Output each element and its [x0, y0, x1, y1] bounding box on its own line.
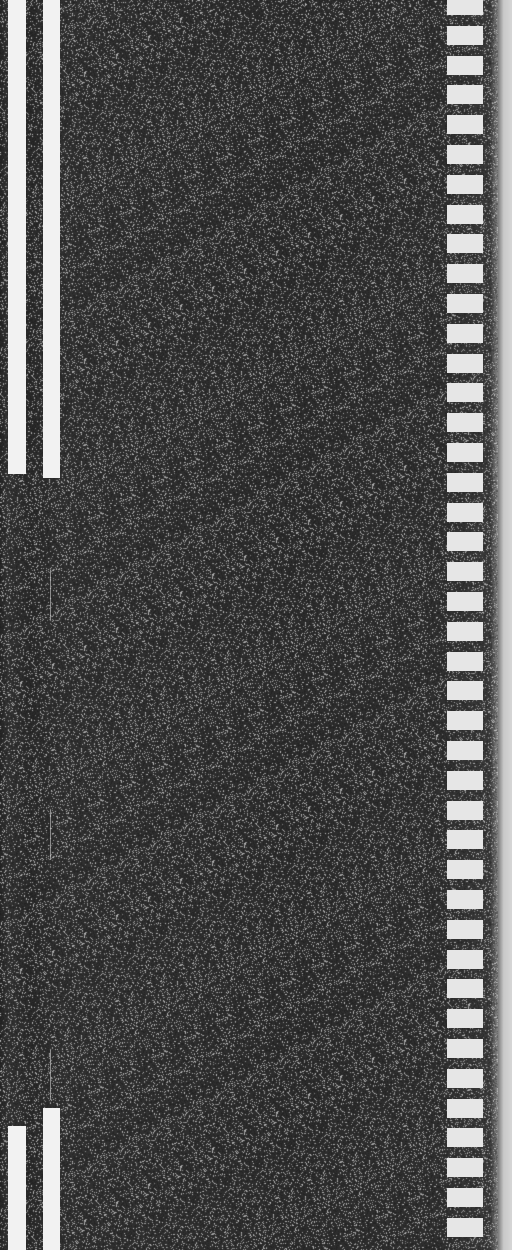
edge-block: [447, 1188, 483, 1207]
edge-block: [447, 532, 483, 551]
edge-block: [447, 681, 483, 700]
edge-block: [447, 145, 483, 164]
asphalt-texture: [0, 0, 512, 1250]
edge-block: [447, 85, 483, 104]
edge-block: [447, 205, 483, 224]
edge-block: [447, 920, 483, 939]
edge-block: [447, 473, 483, 492]
edge-block: [447, 652, 483, 671]
faint-marking-1: [50, 570, 51, 620]
faint-marking-2: [50, 810, 51, 860]
edge-block: [447, 562, 483, 581]
edge-block: [447, 413, 483, 432]
edge-block: [447, 950, 483, 969]
edge-block: [447, 443, 483, 462]
edge-block: [447, 1039, 483, 1058]
lane-line-left-outer-top: [8, 0, 26, 474]
edge-block: [447, 1128, 483, 1147]
edge-block: [447, 234, 483, 253]
edge-block: [447, 324, 483, 343]
edge-block: [447, 890, 483, 909]
edge-block: [447, 26, 483, 45]
edge-block: [447, 175, 483, 194]
faint-marking-3: [50, 1050, 51, 1100]
edge-block: [447, 115, 483, 134]
edge-block: [447, 264, 483, 283]
edge-block: [447, 741, 483, 760]
edge-block: [447, 860, 483, 879]
edge-block: [447, 383, 483, 402]
edge-block: [447, 294, 483, 313]
edge-block: [447, 830, 483, 849]
edge-block: [447, 622, 483, 641]
edge-block: [447, 979, 483, 998]
edge-block: [447, 1218, 483, 1237]
edge-block: [447, 0, 483, 15]
lane-line-left-inner-top: [43, 0, 60, 478]
edge-block: [447, 801, 483, 820]
lane-line-left-outer-bottom: [8, 1126, 26, 1250]
edge-block: [447, 1158, 483, 1177]
edge-block: [447, 503, 483, 522]
edge-block: [447, 56, 483, 75]
edge-block: [447, 354, 483, 373]
edge-block: [447, 1069, 483, 1088]
lane-line-left-inner-bottom: [43, 1108, 60, 1250]
edge-block: [447, 711, 483, 730]
edge-block: [447, 1099, 483, 1118]
curb: [498, 0, 512, 1250]
road-surface: [0, 0, 512, 1250]
edge-block: [447, 592, 483, 611]
edge-block: [447, 771, 483, 790]
edge-block: [447, 1009, 483, 1028]
